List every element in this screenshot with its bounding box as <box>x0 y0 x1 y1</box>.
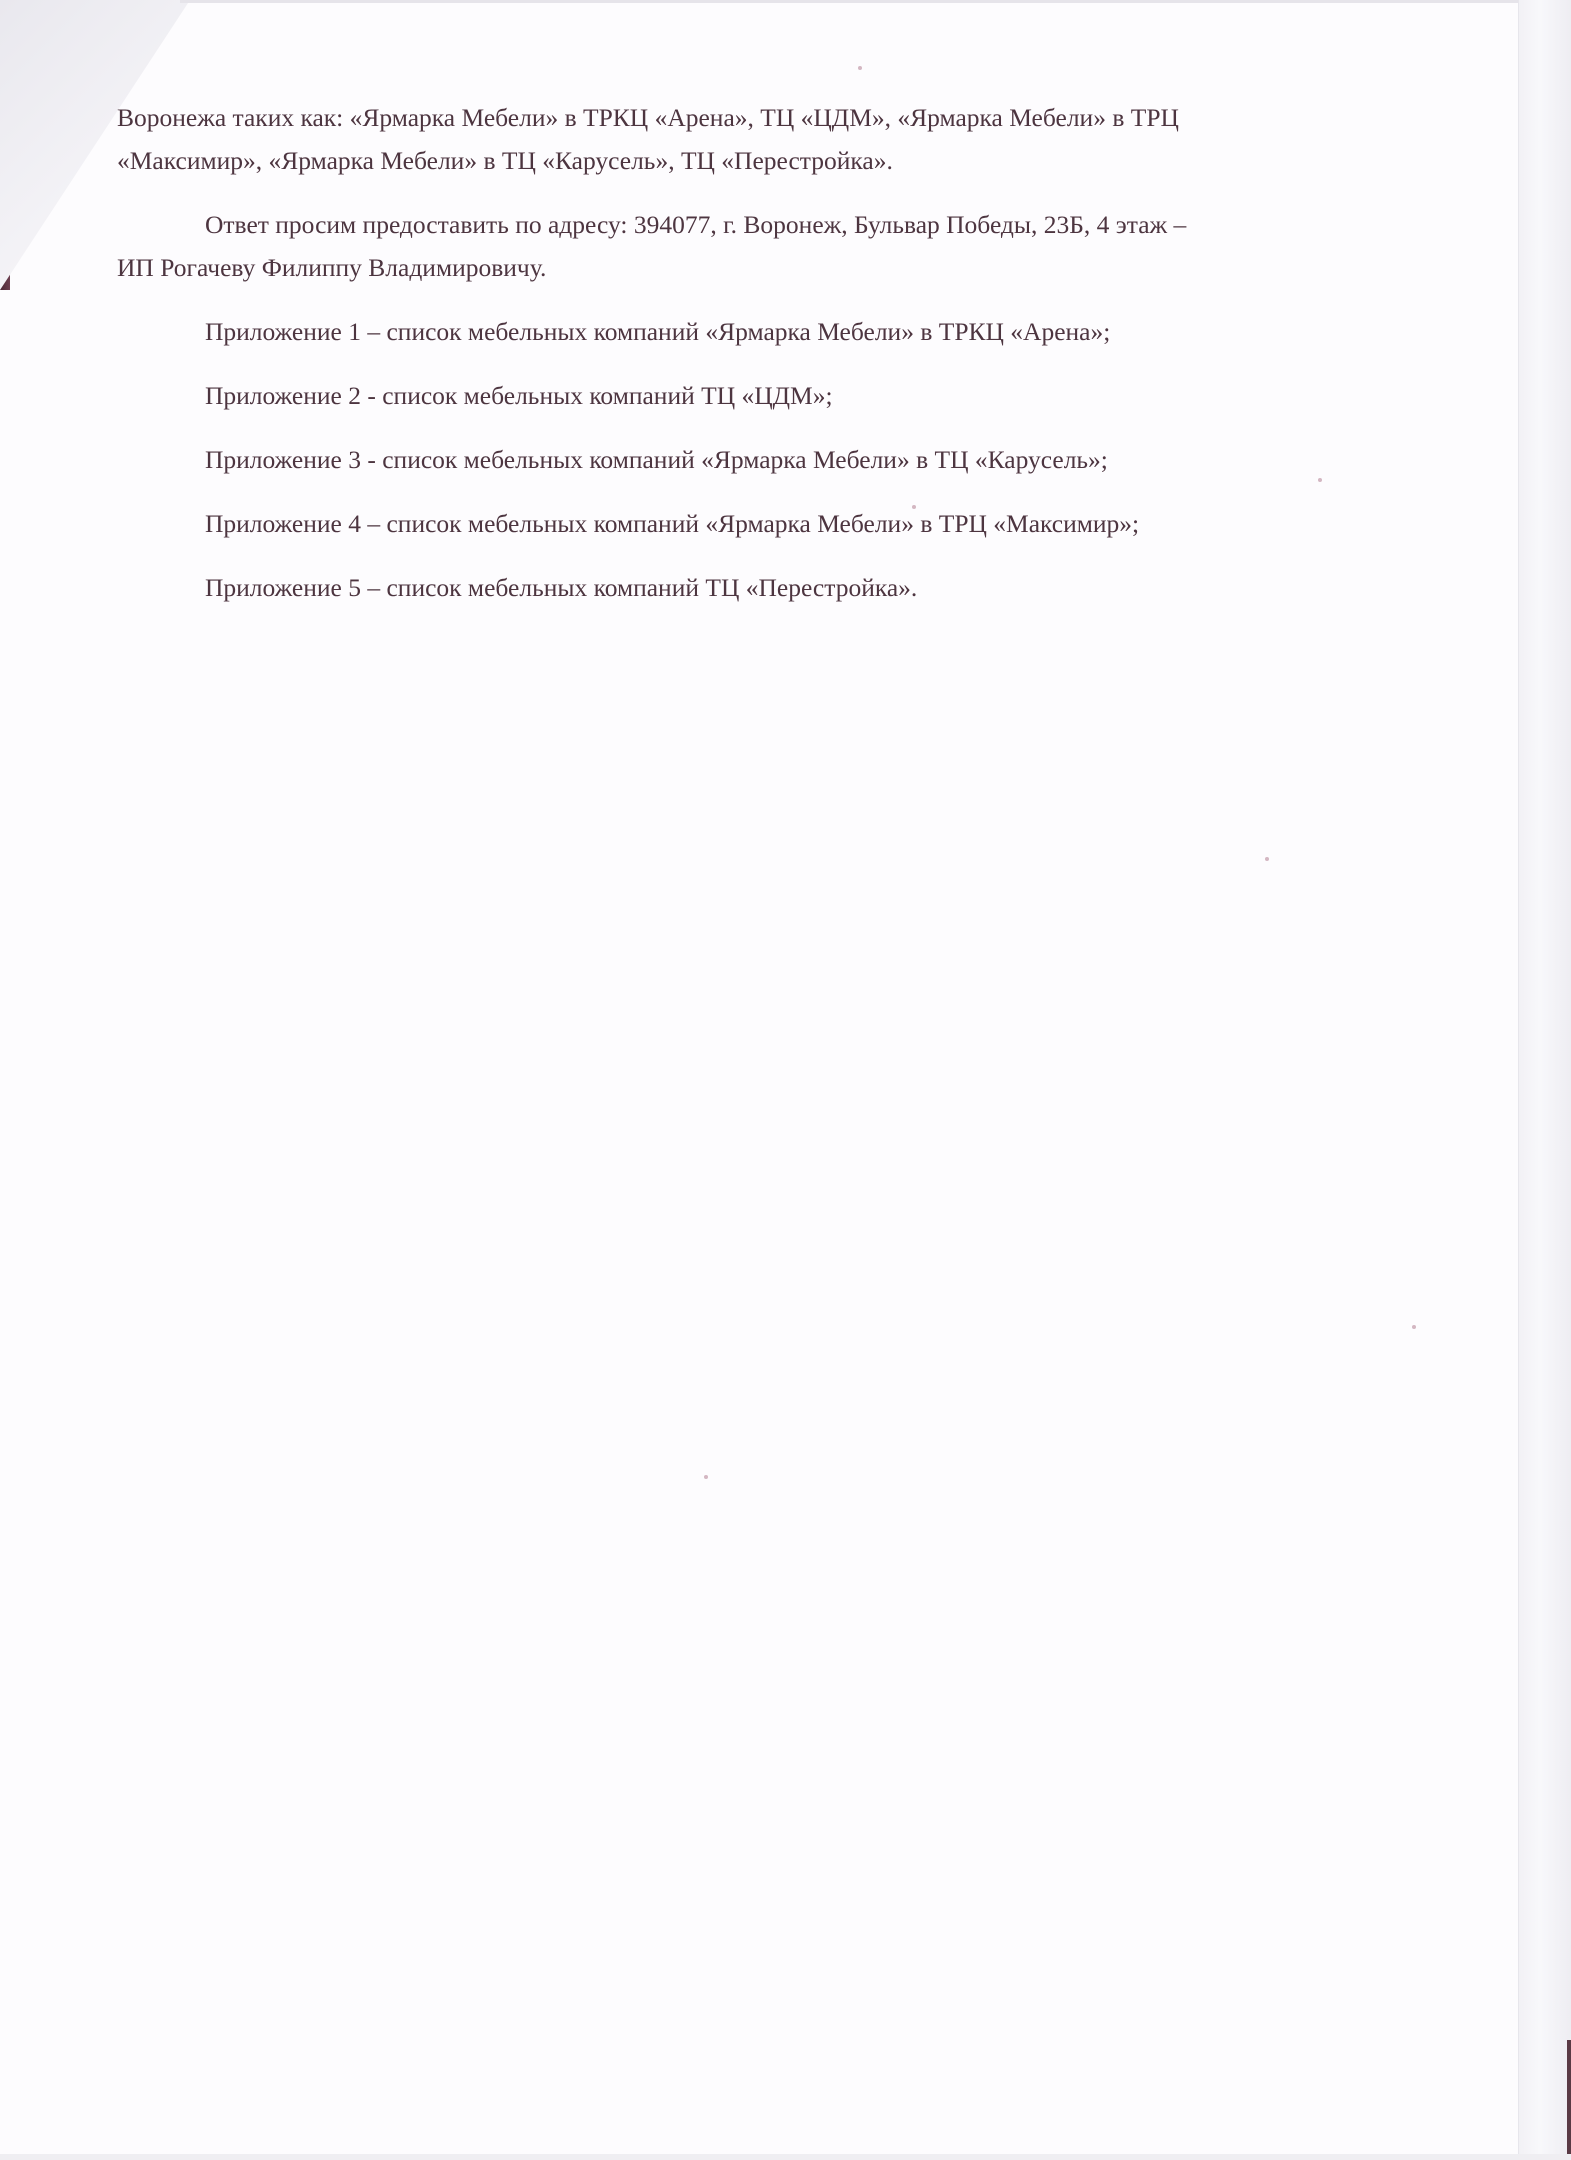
annex-item-5: Приложение 5 – список мебельных компаний… <box>117 566 1417 609</box>
scan-right-edge-shadow <box>1567 2040 1571 2160</box>
scan-bottom-edge <box>0 2154 1571 2160</box>
document-body: Воронежа таких как: «Ярмарка Мебели» в Т… <box>117 96 1417 630</box>
scan-speck <box>858 66 862 70</box>
annex-item-2: Приложение 2 - список мебельных компаний… <box>117 374 1417 417</box>
text-line: Ответ просим предоставить по адресу: 394… <box>117 203 1417 246</box>
annex-item-3: Приложение 3 - список мебельных компаний… <box>117 438 1417 481</box>
text-line: ИП Рогачеву Филиппу Владимировичу. <box>117 246 1417 289</box>
scan-right-edge <box>1518 0 1571 2160</box>
annex-list: Приложение 1 – список мебельных компаний… <box>117 310 1417 609</box>
text-line: «Максимир», «Ярмарка Мебели» в ТЦ «Карус… <box>117 139 1417 182</box>
scan-speck <box>1412 1325 1416 1329</box>
scan-top-edge <box>180 0 1530 3</box>
text-line: Воронежа таких как: «Ярмарка Мебели» в Т… <box>117 96 1417 139</box>
scan-speck <box>1265 857 1269 861</box>
scan-speck <box>704 1475 708 1479</box>
annex-item-4: Приложение 4 – список мебельных компаний… <box>117 502 1417 545</box>
paragraph-reply-address: Ответ просим предоставить по адресу: 394… <box>117 203 1417 289</box>
paragraph-shopping-centers: Воронежа таких как: «Ярмарка Мебели» в Т… <box>117 96 1417 182</box>
annex-item-1: Приложение 1 – список мебельных компаний… <box>117 310 1417 353</box>
